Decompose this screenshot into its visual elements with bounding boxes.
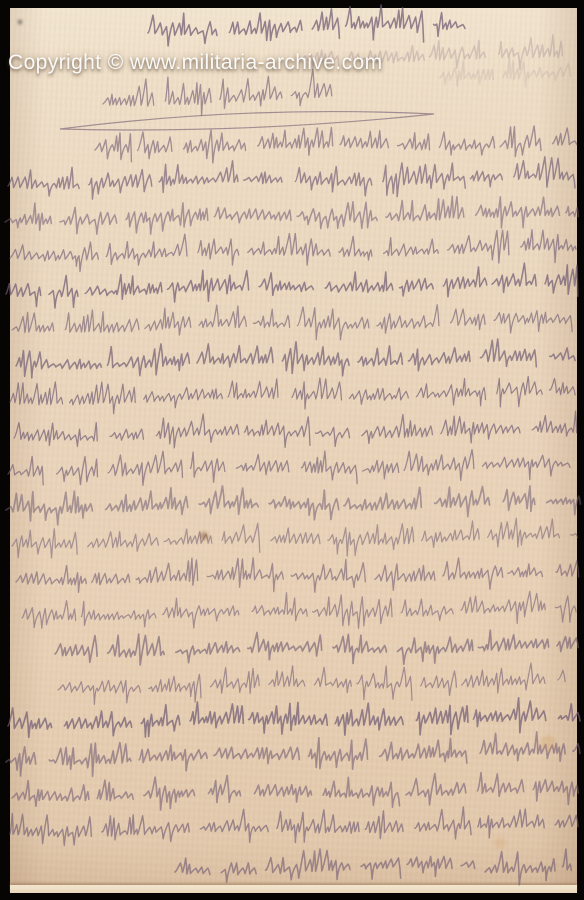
letter-paper <box>10 8 577 893</box>
letter-photo: Copyright © www.militaria-archive.com <box>0 0 584 900</box>
paper-bottom-fold-edge <box>10 885 577 893</box>
copyright-watermark: Copyright © www.militaria-archive.com <box>8 51 383 75</box>
paper-vignette <box>10 8 577 893</box>
